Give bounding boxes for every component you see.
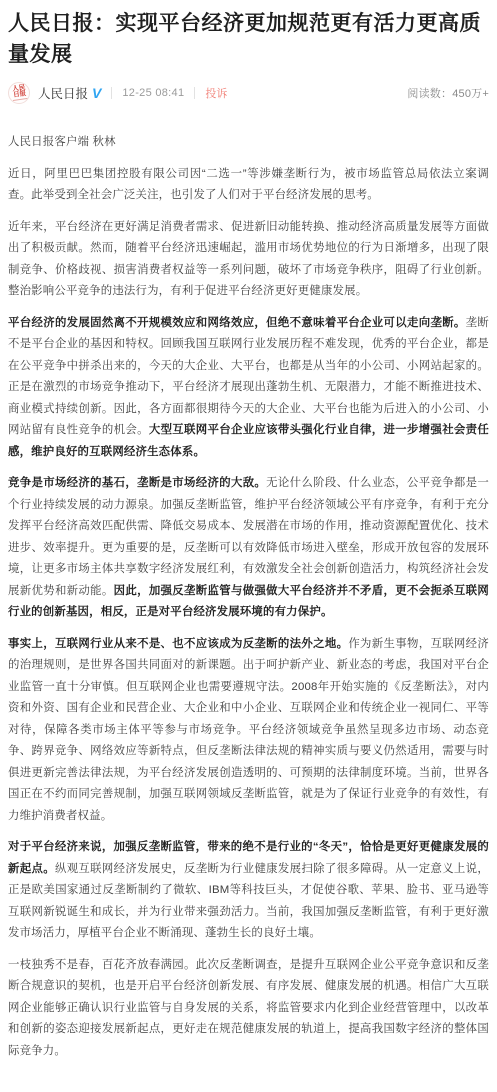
text-run: 垄断不是平台企业的基因和特权。回顾我国互联网行业发展历程不难发现，优秀的平台企业… [8, 317, 489, 437]
article-paragraph: 竞争是市场经济的基石，垄断是市场经济的大敌。无论什么阶段、什么业态，公平竞争都是… [8, 473, 489, 624]
text-run: 近日，阿里巴巴集团控股有限公司因“二选一”等涉嫌垄断行为，被市场监管总局依法立案… [8, 168, 489, 202]
article-paragraph: 事实上，互联网行业从来不是、也不应该成为反垄断的法外之地。作为新生事物，互联网经… [8, 634, 489, 828]
divider [194, 87, 195, 99]
publish-time: 12-25 08:41 [122, 87, 184, 99]
article-paragraph: 一枝独秀不是春，百花齐放春满园。此次反垄断调查，是提升互联网企业公平竞争意识和反… [8, 955, 489, 1063]
article-page: 人民日报：实现平台经济更加规范更有活力更高质量发展 人民日报 人民日报 V 12… [0, 0, 497, 1092]
text-run: 纵观互联网经济发展史，反垄断为行业健康发展扫除了很多障碍。从一定意义上说，正是欧… [8, 863, 489, 940]
article-paragraph: 近年来，平台经济在更好满足消费者需求、促进新旧动能转换、推动经济高质量发展等方面… [8, 217, 489, 303]
complaint-link[interactable]: 投诉 [205, 85, 227, 101]
text-run: 作为新生事物，互联网经济的治理规则，是世界各国共同面对的新课题。出于呵护新产业、… [8, 638, 489, 822]
verified-badge-icon: V [92, 86, 101, 100]
read-count-label: 阅读数： [407, 88, 452, 100]
text-run: 无论什么阶段、什么业态，公平竞争都是一个行业持续发展的动力源泉。加强反垄断监管，… [8, 477, 489, 597]
source-name[interactable]: 人民日报 [38, 84, 88, 102]
peoples-daily-logo[interactable]: 人民日报 [8, 82, 30, 104]
article-source-line: 人民日报客户端 秋林 [8, 132, 489, 154]
divider [111, 87, 112, 99]
text-run: 近年来，平台经济在更好满足消费者需求、促进新旧动能转换、推动经济高质量发展等方面… [8, 221, 489, 298]
read-count: 阅读数：450万+ [407, 85, 489, 101]
article-paragraph: 对于平台经济来说，加强反垄断监管，带来的绝不是行业的“冬天”，恰恰是更好更健康发… [8, 837, 489, 945]
bold-text-run: 事实上，互联网行业从来不是、也不应该成为反垄断的法外之地。 [8, 638, 348, 650]
bold-text-run: 竞争是市场经济的基石，垄断是市场经济的大敌。 [8, 477, 266, 489]
article-paragraph: 平台经济的发展固然离不开规模效应和网络效应，但绝不意味着平台企业可以走向垄断。垄… [8, 313, 489, 464]
bold-text-run: 平台经济的发展固然离不开规模效应和网络效应，但绝不意味着平台企业可以走向垄断。 [8, 317, 466, 329]
article-body: 人民日报客户端 秋林 近日，阿里巴巴集团控股有限公司因“二选一”等涉嫌垄断行为，… [8, 132, 489, 1062]
article-paragraph: 近日，阿里巴巴集团控股有限公司因“二选一”等涉嫌垄断行为，被市场监管总局依法立案… [8, 164, 489, 207]
article-title: 人民日报：实现平台经济更加规范更有活力更高质量发展 [8, 8, 489, 70]
text-run: 一枝独秀不是春，百花齐放春满园。此次反垄断调查，是提升互联网企业公平竞争意识和反… [8, 959, 489, 1057]
peoples-daily-logo-text: 人民日报 [11, 85, 28, 101]
read-count-value: 450万+ [452, 88, 489, 100]
byline-bar: 人民日报 人民日报 V 12-25 08:41 投诉 阅读数：450万+ [8, 80, 489, 106]
